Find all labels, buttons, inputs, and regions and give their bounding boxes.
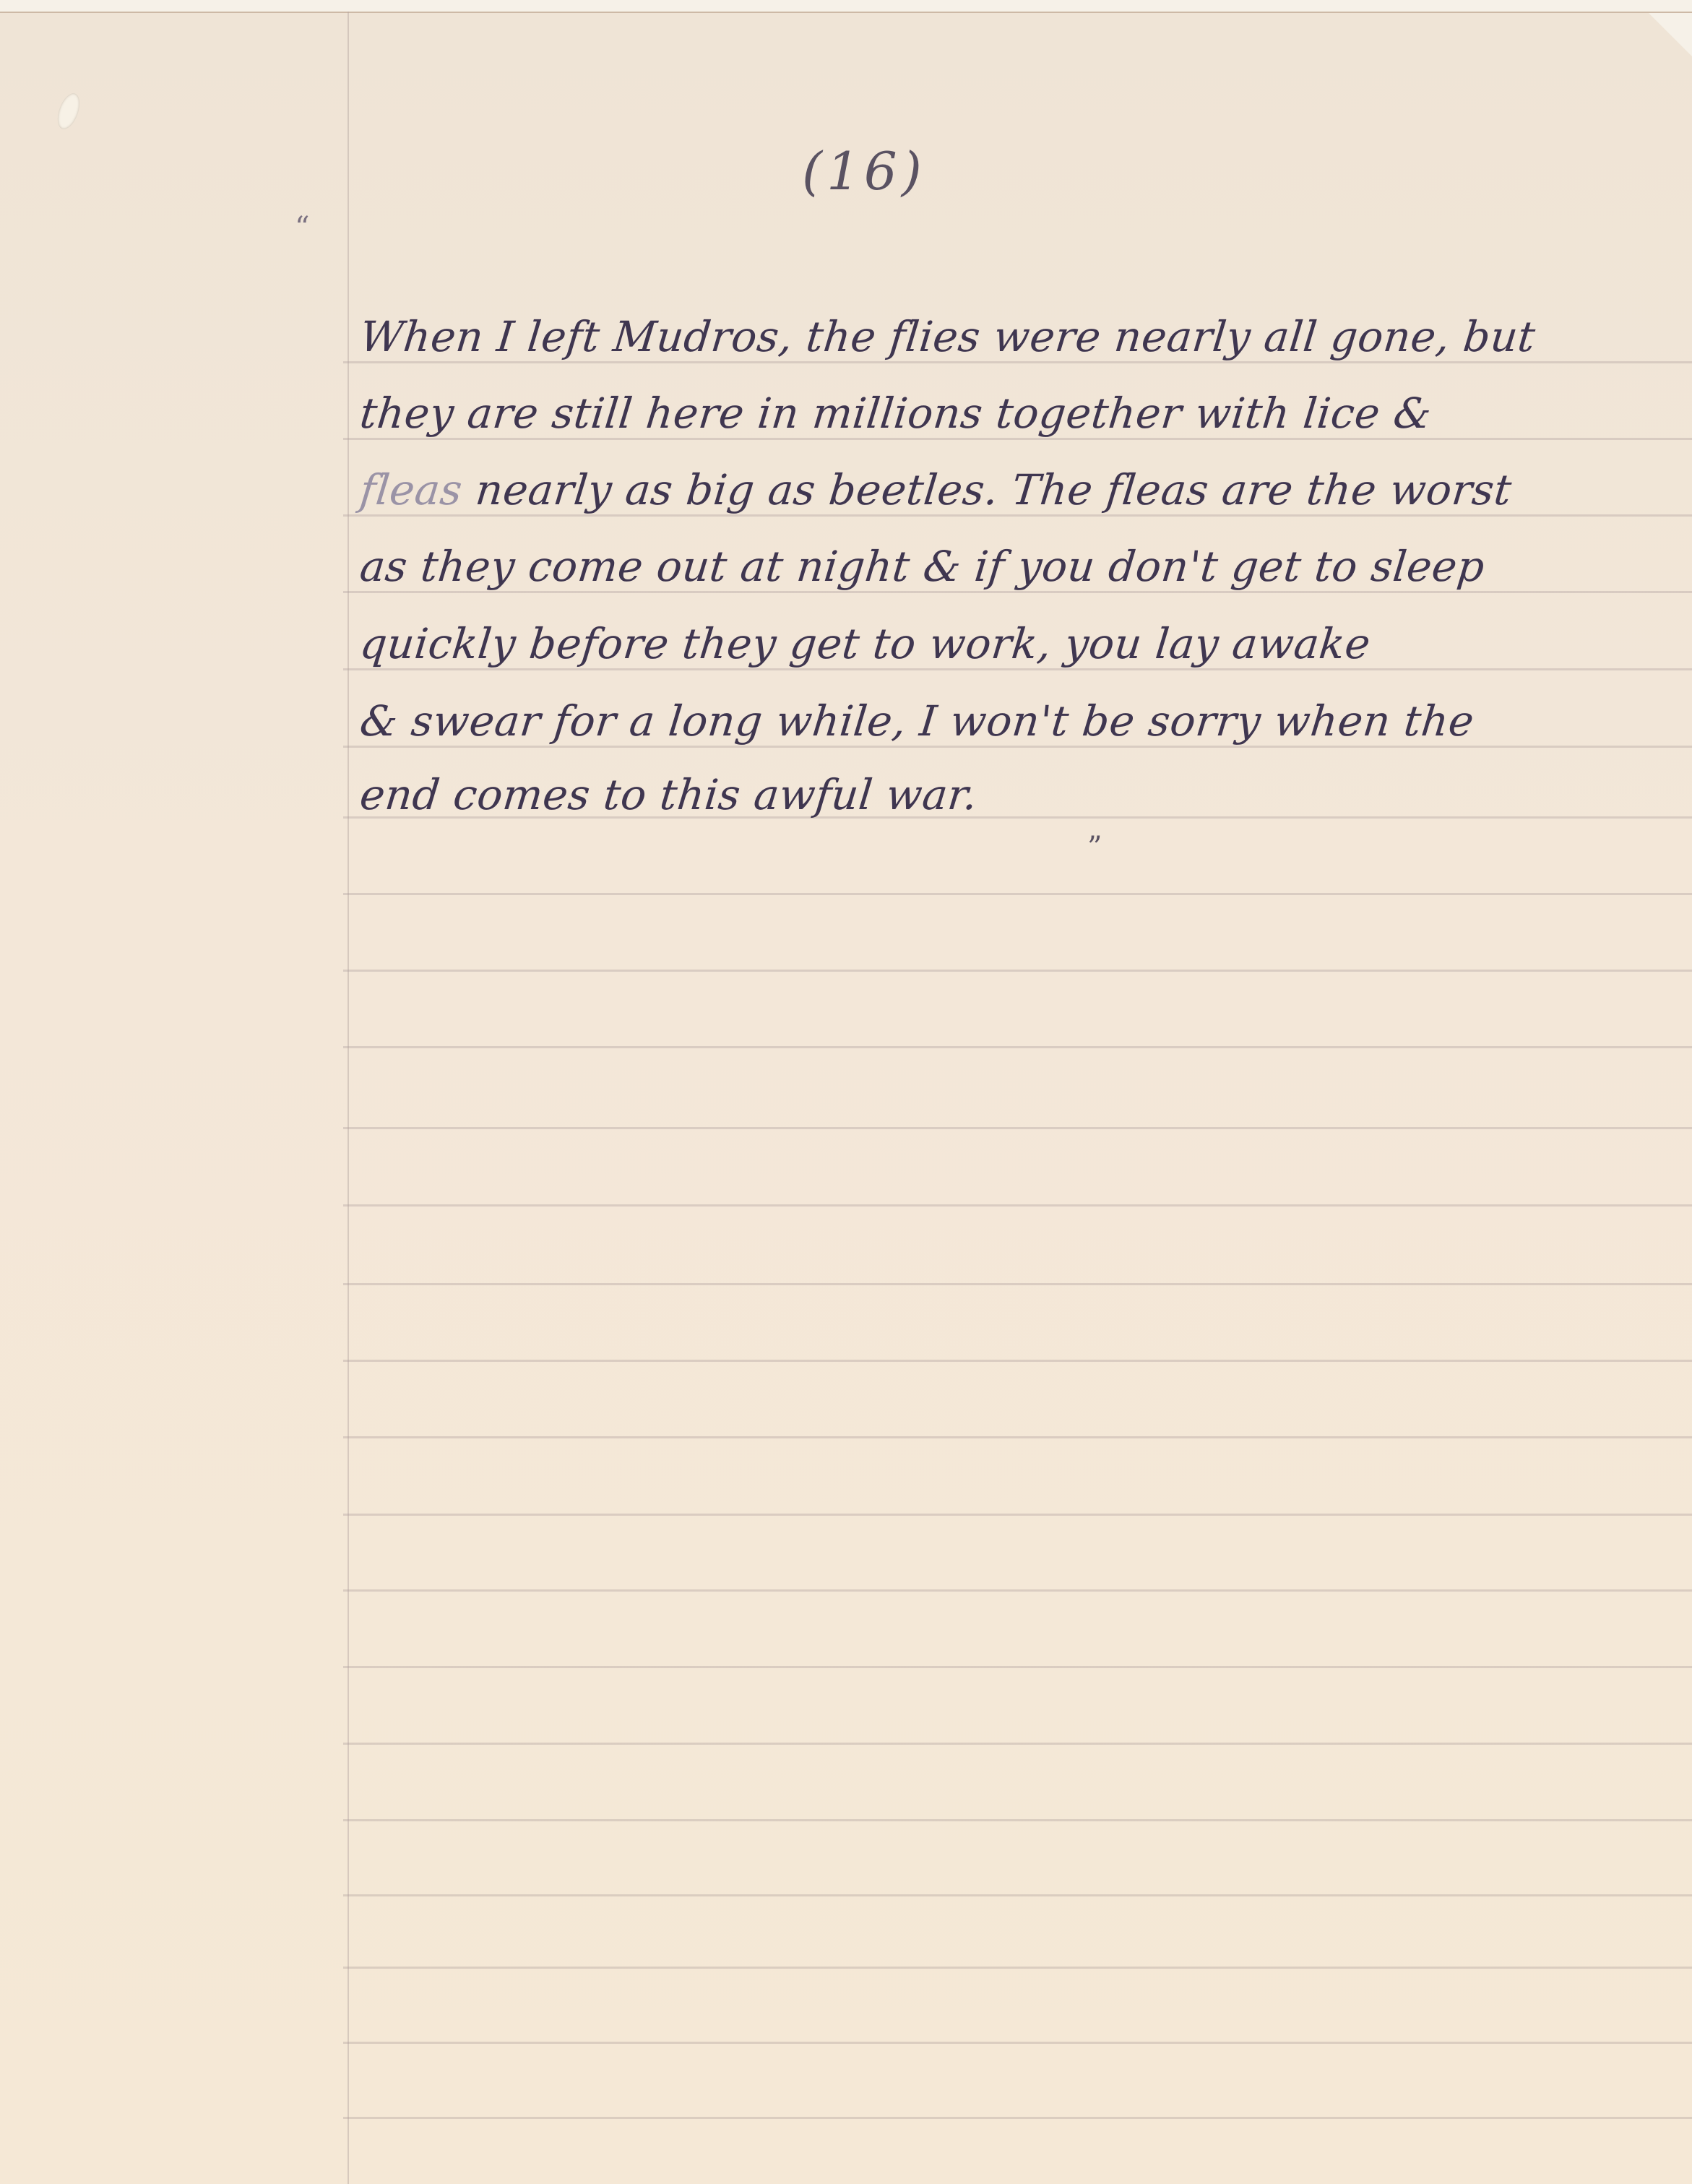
ruled-line bbox=[343, 1360, 1692, 1362]
ruled-line bbox=[343, 1283, 1692, 1285]
ruled-line bbox=[343, 893, 1692, 895]
ruled-line bbox=[343, 1666, 1692, 1668]
ruled-line bbox=[343, 746, 1692, 748]
ruled-line bbox=[343, 1589, 1692, 1592]
ruled-line bbox=[343, 438, 1692, 440]
ruled-line bbox=[343, 2042, 1692, 2044]
ruled-line bbox=[343, 361, 1692, 363]
ruled-line bbox=[343, 1743, 1692, 1745]
margin-line bbox=[348, 12, 349, 2184]
handwritten-line-1: When I left Mudros, the flies were nearl… bbox=[358, 312, 1678, 361]
ruled-line bbox=[343, 1894, 1692, 1896]
opening-quote-mark: “ bbox=[295, 211, 309, 244]
ruled-line bbox=[343, 1127, 1692, 1129]
ruled-line bbox=[343, 668, 1692, 670]
handwritten-line-4: as they come out at night & if you don't… bbox=[358, 542, 1678, 591]
faded-word: fleas bbox=[358, 465, 478, 514]
ruled-line bbox=[343, 591, 1692, 593]
ruled-line bbox=[343, 1514, 1692, 1516]
handwritten-line-7: end comes to this awful war. bbox=[358, 770, 1678, 819]
page-number: (16) bbox=[802, 141, 926, 202]
handwritten-line-6: & swear for a long while, I won't be sor… bbox=[358, 696, 1678, 746]
ruled-line bbox=[343, 970, 1692, 972]
ruled-line bbox=[343, 2117, 1692, 2119]
ruled-line bbox=[343, 514, 1692, 517]
line-text: nearly as big as beetles. The fleas are … bbox=[473, 465, 1514, 514]
ruled-line bbox=[343, 1967, 1692, 1969]
handwritten-line-2: they are still here in millions together… bbox=[358, 389, 1678, 438]
handwritten-line-3: fleas nearly as big as beetles. The flea… bbox=[358, 465, 1678, 514]
handwritten-line-5: quickly before they get to work, you lay… bbox=[358, 619, 1678, 668]
scan-background-strip bbox=[0, 0, 1692, 12]
ruled-line bbox=[343, 1204, 1692, 1207]
torn-corner bbox=[1649, 13, 1692, 56]
ruled-line bbox=[343, 1436, 1692, 1438]
ruled-line bbox=[343, 1046, 1692, 1048]
ruled-line bbox=[343, 1819, 1692, 1821]
closing-quote-mark: ” bbox=[1087, 831, 1102, 864]
